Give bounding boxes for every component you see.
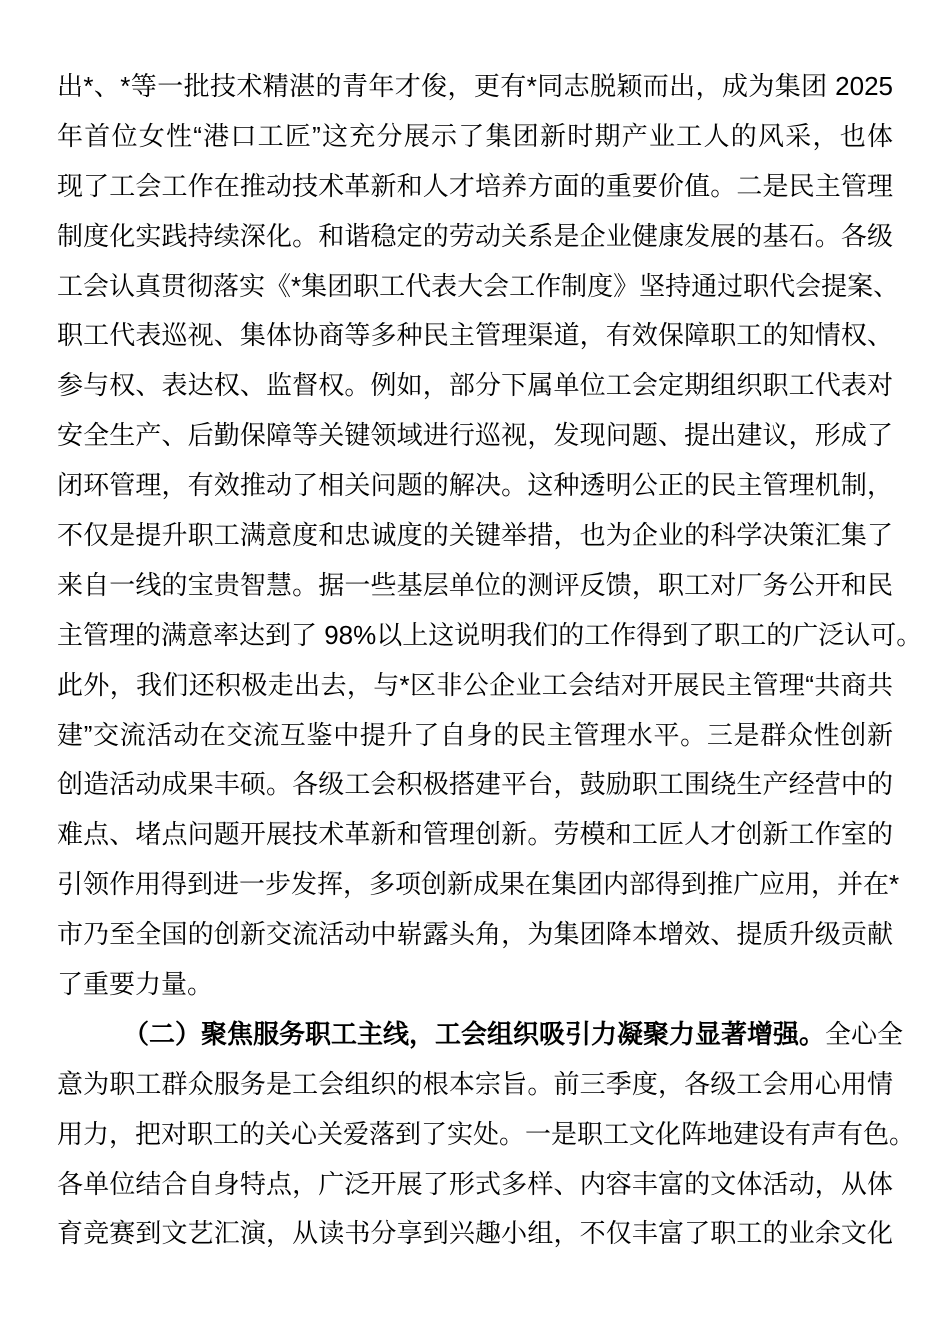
text-line: 闭环管理，有效推动了相关问题的解决。这种透明公正的民主管理机制， xyxy=(57,461,893,511)
text-line: 建”交流活动在交流互鉴中提升了自身的民主管理水平。三是群众性创新 xyxy=(57,711,893,761)
text-line: 意为职工群众服务是工会组织的根本宗旨。前三季度，各级工会用心用情 xyxy=(57,1060,893,1110)
body-text: 市乃至全国的创新交流活动中崭露头角，为集团降本增效、提质升级贡献 xyxy=(57,919,893,949)
text-line: 主管理的满意率达到了 98%以上这说明我们的工作得到了职工的广泛认可。 xyxy=(57,611,893,661)
body-text: 年首位女性“港口工匠”这充分展示了集团新时期产业工人的风采，也体 xyxy=(57,121,893,151)
text-line: （二）聚焦服务职工主线，工会组织吸引力凝聚力显著增强。全心全 xyxy=(57,1010,893,1060)
body-text: 难点、堵点问题开展技术革新和管理创新。劳模和工匠人才创新工作室的 xyxy=(57,819,893,849)
body-text: 参与权、表达权、监督权。例如，部分下属单位工会定期组织职工代表对 xyxy=(57,370,893,400)
body-text: 此外，我们还积极走出去，与*区非公企业工会结对开展民主管理“共商共 xyxy=(57,670,893,700)
text-line: 年首位女性“港口工匠”这充分展示了集团新时期产业工人的风采，也体 xyxy=(57,112,893,162)
text-line: 育竞赛到文艺汇演，从读书分享到兴趣小组，不仅丰富了职工的业余文化 xyxy=(57,1209,893,1259)
body-text: 各单位结合自身特点，广泛开展了形式多样、内容丰富的文体活动，从体 xyxy=(57,1169,893,1199)
body-text: 制度化实践持续深化。和谐稳定的劳动关系是企业健康发展的基石。各级 xyxy=(57,221,893,251)
body-text: 工会认真贯彻落实《*集团职工代表大会工作制度》坚持通过职代会提案、 xyxy=(57,271,899,301)
text-line: 难点、堵点问题开展技术革新和管理创新。劳模和工匠人才创新工作室的 xyxy=(57,810,893,860)
body-text: 了重要力量。 xyxy=(57,969,213,999)
body-text: 意为职工群众服务是工会组织的根本宗旨。前三季度，各级工会用心用情 xyxy=(57,1069,893,1099)
body-text: 安全生产、后勤保障等关键领域进行巡视，发现问题、提出建议，形成了 xyxy=(57,420,893,450)
body-text: 全心全 xyxy=(825,1019,903,1049)
text-line: 引领作用得到进一步发挥，多项创新成果在集团内部得到推广应用，并在* xyxy=(57,860,893,910)
body-text: 育竞赛到文艺汇演，从读书分享到兴趣小组，不仅丰富了职工的业余文化 xyxy=(57,1218,893,1248)
text-line: 了重要力量。 xyxy=(57,960,893,1010)
body-text: 职工代表巡视、集体协商等多种民主管理渠道，有效保障职工的知情权、 xyxy=(57,320,893,350)
text-line: 来自一线的宝贵智慧。据一些基层单位的测评反馈，职工对厂务公开和民 xyxy=(57,561,893,611)
body-text: 来自一线的宝贵智慧。据一些基层单位的测评反馈，职工对厂务公开和民 xyxy=(57,570,893,600)
text-line: 各单位结合自身特点，广泛开展了形式多样、内容丰富的文体活动，从体 xyxy=(57,1160,893,1210)
body-text: 创造活动成果丰硕。各级工会积极搭建平台，鼓励职工围绕生产经营中的 xyxy=(57,769,893,799)
text-line: 安全生产、后勤保障等关键领域进行巡视，发现问题、提出建议，形成了 xyxy=(57,411,893,461)
text-block: 出*、*等一批技术精湛的青年才俊，更有*同志脱颖而出，成为集团 2025年首位女… xyxy=(0,0,950,1259)
body-text: 用力，把对职工的关心关爱落到了实处。一是职工文化阵地建设有声有色。 xyxy=(57,1119,915,1149)
document-page: 出*、*等一批技术精湛的青年才俊，更有*同志脱颖而出，成为集团 2025年首位女… xyxy=(0,0,950,1344)
text-line: 市乃至全国的创新交流活动中崭露头角，为集团降本增效、提质升级贡献 xyxy=(57,910,893,960)
section-heading-text: （二）聚焦服务职工主线，工会组织吸引力凝聚力显著增强。 xyxy=(123,1019,825,1049)
text-line: 用力，把对职工的关心关爱落到了实处。一是职工文化阵地建设有声有色。 xyxy=(57,1110,893,1160)
body-text: 主管理的满意率达到了 98%以上这说明我们的工作得到了职工的广泛认可。 xyxy=(57,620,922,650)
text-line: 创造活动成果丰硕。各级工会积极搭建平台，鼓励职工围绕生产经营中的 xyxy=(57,760,893,810)
text-line: 制度化实践持续深化。和谐稳定的劳动关系是企业健康发展的基石。各级 xyxy=(57,212,893,262)
body-text: 不仅是提升职工满意度和忠诚度的关键举措，也为企业的科学决策汇集了 xyxy=(57,520,893,550)
text-line: 不仅是提升职工满意度和忠诚度的关键举措，也为企业的科学决策汇集了 xyxy=(57,511,893,561)
text-line: 现了工会工作在推动技术革新和人才培养方面的重要价值。二是民主管理 xyxy=(57,162,893,212)
body-text: 现了工会工作在推动技术革新和人才培养方面的重要价值。二是民主管理 xyxy=(57,171,893,201)
body-text: 引领作用得到进一步发挥，多项创新成果在集团内部得到推广应用，并在* xyxy=(57,869,899,899)
text-line: 参与权、表达权、监督权。例如，部分下属单位工会定期组织职工代表对 xyxy=(57,361,893,411)
body-text: 建”交流活动在交流互鉴中提升了自身的民主管理水平。三是群众性创新 xyxy=(57,720,893,750)
text-line: 工会认真贯彻落实《*集团职工代表大会工作制度》坚持通过职代会提案、 xyxy=(57,262,893,312)
text-line: 出*、*等一批技术精湛的青年才俊，更有*同志脱颖而出，成为集团 2025 xyxy=(57,62,893,112)
text-line: 此外，我们还积极走出去，与*区非公企业工会结对开展民主管理“共商共 xyxy=(57,661,893,711)
body-text: 出*、*等一批技术精湛的青年才俊，更有*同志脱颖而出，成为集团 2025 xyxy=(57,71,893,101)
body-text: 闭环管理，有效推动了相关问题的解决。这种透明公正的民主管理机制， xyxy=(57,470,893,500)
document-viewport: { "page": { "background": "#ffffff", "te… xyxy=(0,0,950,1344)
text-line: 职工代表巡视、集体协商等多种民主管理渠道，有效保障职工的知情权、 xyxy=(57,311,893,361)
